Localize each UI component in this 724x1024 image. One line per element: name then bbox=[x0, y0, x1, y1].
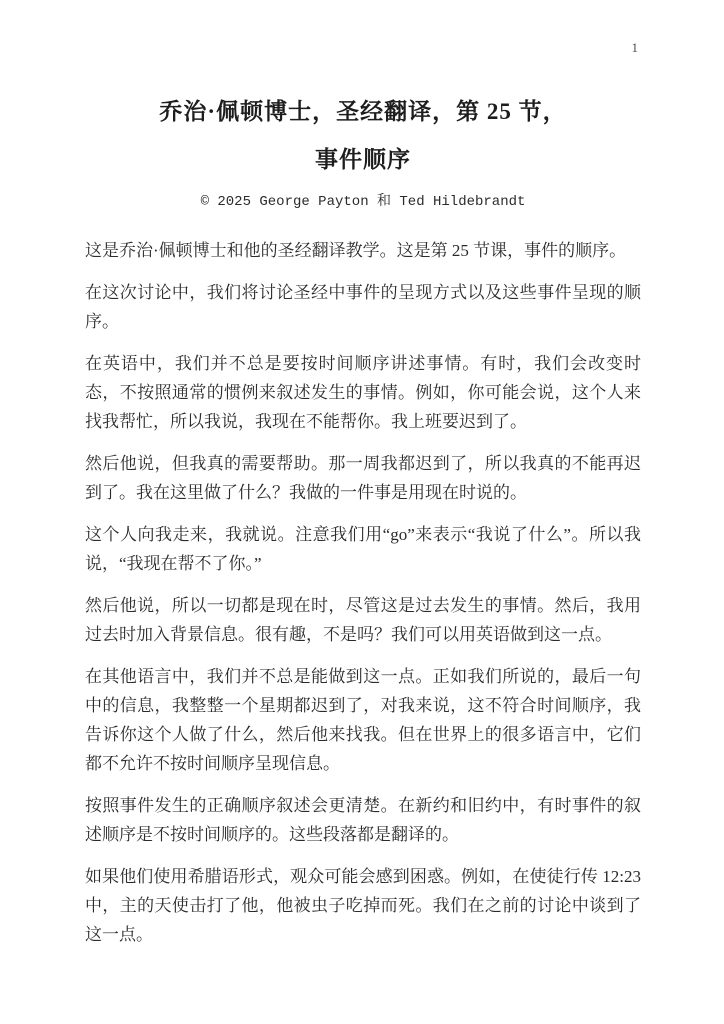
title-line-2: 事件顺序 bbox=[315, 147, 411, 172]
paragraph-9: 如果他们使用希腊语形式，观众可能会感到困惑。例如，在使徒行传 12:23 中，主… bbox=[85, 862, 641, 949]
document-page: 1 乔治·佩顿博士，圣经翻译，第 25 节，事件顺序 © 2025 George… bbox=[0, 0, 724, 1024]
copyright-line: © 2025 George Payton 和 Ted Hildebrandt bbox=[85, 190, 641, 210]
paragraph-6: 然后他说，所以一切都是现在时，尽管这是过去发生的事情。然后，我用过去时加入背景信… bbox=[85, 591, 641, 649]
paragraph-4: 然后他说，但我真的需要帮助。那一周我都迟到了，所以我真的不能再迟到了。我在这里做… bbox=[85, 449, 641, 507]
document-body: 这是乔治·佩顿博士和他的圣经翻译教学。这是第 25 节课，事件的顺序。 在这次讨… bbox=[85, 236, 641, 949]
title-line-1: 乔治·佩顿博士，圣经翻译，第 25 节， bbox=[159, 99, 566, 124]
paragraph-3: 在英语中，我们并不总是要按时间顺序讲述事情。有时，我们会改变时态，不按照通常的惯… bbox=[85, 349, 641, 436]
paragraph-2: 在这次讨论中，我们将讨论圣经中事件的呈现方式以及这些事件呈现的顺序。 bbox=[85, 278, 641, 336]
paragraph-8: 按照事件发生的正确顺序叙述会更清楚。在新约和旧约中，有时事件的叙述顺序是不按时间… bbox=[85, 791, 641, 849]
document-title: 乔治·佩顿博士，圣经翻译，第 25 节，事件顺序 bbox=[85, 88, 641, 184]
page-number: 1 bbox=[632, 40, 639, 56]
paragraph-1: 这是乔治·佩顿博士和他的圣经翻译教学。这是第 25 节课，事件的顺序。 bbox=[85, 236, 641, 265]
document-content: 乔治·佩顿博士，圣经翻译，第 25 节，事件顺序 © 2025 George P… bbox=[85, 88, 641, 962]
paragraph-5: 这个人向我走来，我就说。注意我们用“go”来表示“我说了什么”。所以我说，“我现… bbox=[85, 520, 641, 578]
paragraph-7: 在其他语言中，我们并不总是能做到这一点。正如我们所说的，最后一句中的信息，我整整… bbox=[85, 662, 641, 778]
